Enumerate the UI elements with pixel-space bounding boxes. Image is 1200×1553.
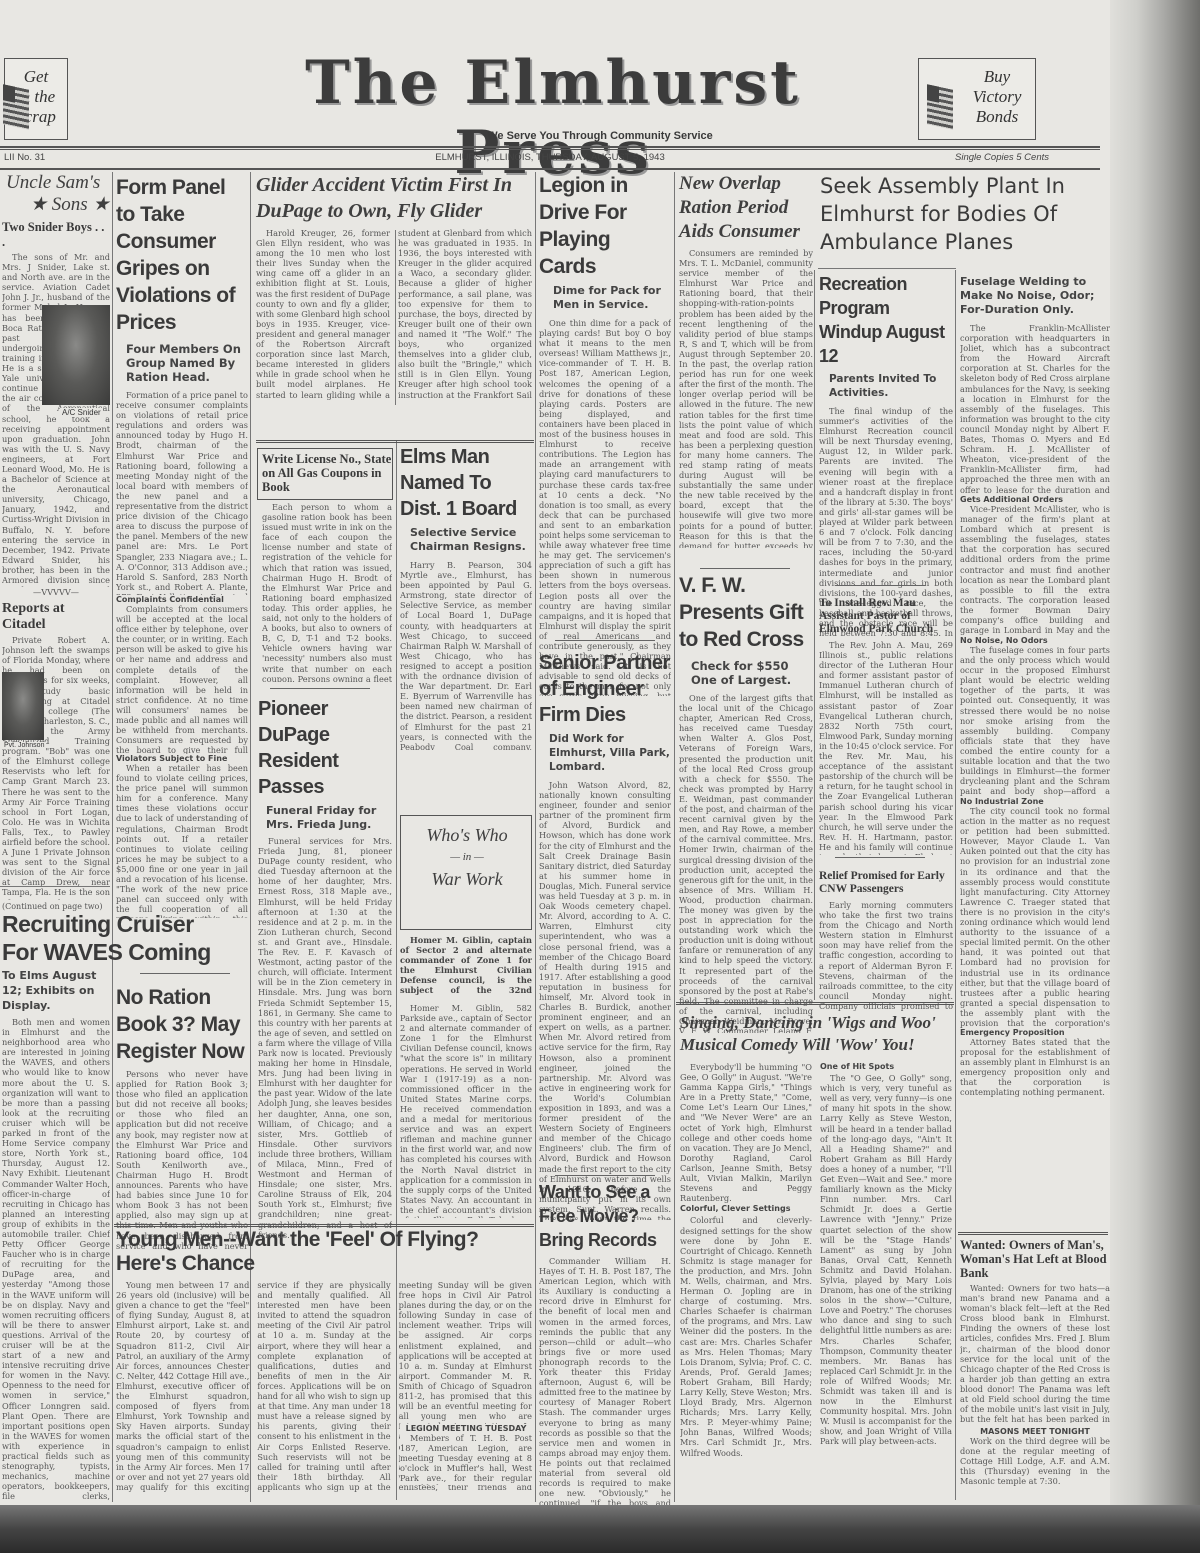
column-rule bbox=[955, 270, 956, 1500]
star-icon: ★ bbox=[88, 194, 110, 215]
article-form-panel: Form Panel to Take Consumer Gripes on Vi… bbox=[116, 174, 248, 918]
right-ear-box: Buy Victory Bonds bbox=[918, 58, 1036, 140]
price: Single Copies 5 Cents bbox=[955, 152, 1049, 163]
divider bbox=[140, 973, 230, 974]
article-overlap: New Overlap Ration Period Aids Consumer … bbox=[679, 172, 813, 548]
article-body: The city council took no formal action i… bbox=[960, 806, 1110, 1028]
sub-heading: Gets Additional Orders bbox=[960, 495, 1110, 504]
right-ear-line: Buy bbox=[959, 67, 1035, 87]
sub-heading: No Industrial Zone bbox=[960, 797, 1110, 806]
article-senior-partner: Senior Partner of Engineer Firm Dies Did… bbox=[539, 650, 671, 1220]
headline: To Install Rev. Mau Assistant Pastor of … bbox=[819, 597, 953, 636]
article-body: Attorney Bates stated that the proposal … bbox=[960, 1037, 1110, 1097]
headline: Two Snider Boys . . . bbox=[2, 220, 110, 250]
headline: Pioneer DuPage Resident Passes bbox=[258, 696, 392, 800]
article-body: The fuselage comes in four parts and the… bbox=[960, 645, 1110, 797]
article-body: One of the largest gifts that the local … bbox=[679, 693, 813, 1033]
sub-heading: Emergency Proposition bbox=[960, 1028, 1110, 1037]
feature-header: Uncle Sam's bbox=[2, 172, 110, 194]
article-recruiting-cruiser: Recruiting Cruiser For WAVES Coming To E… bbox=[2, 910, 110, 1502]
right-ear-line: Bonds bbox=[959, 107, 1035, 127]
headline: Relief Promised for Early CNW Passengers bbox=[819, 870, 953, 896]
flag-icon bbox=[927, 84, 953, 130]
article-body: Both men and women in Elmhurst and the n… bbox=[2, 1017, 110, 1502]
star-icon: ★ bbox=[30, 194, 52, 215]
deck: Fuselage Welding to Make No Noise, Odor;… bbox=[960, 275, 1110, 317]
right-ear-line: Victory bbox=[959, 87, 1035, 107]
page-bottom-shadow bbox=[0, 1505, 1200, 1553]
headline: New Overlap Ration Period Aids Consumer bbox=[679, 172, 813, 244]
deck: Check for $550 One of Largest. bbox=[679, 659, 813, 687]
article-body: The sons of Mr. and Mrs. J Snider, Lake … bbox=[2, 252, 110, 587]
paragraph: The "O Gee, O Golly" song, which is very… bbox=[820, 1073, 952, 1446]
article-wigs-and-woo: Singing, Dancing in 'Wigs and Woo' Music… bbox=[680, 1012, 952, 1512]
article-body: Homer M. Giblin, 582 Parkside ave., capt… bbox=[400, 1003, 532, 1218]
column-rule bbox=[535, 172, 536, 1502]
paragraph: Everybody'll be humming "O Gee, O Golly"… bbox=[680, 1062, 812, 1203]
headline: Legion in Drive For Playing Cards bbox=[539, 172, 671, 280]
article-body: Vice-President McAllister, who is manage… bbox=[960, 504, 1110, 636]
article-body: Harry B. Pearson, 304 Myrtle ave., Elmhu… bbox=[400, 560, 532, 750]
deck: Parents Invited To Activities. bbox=[819, 372, 953, 400]
feature-header: — in — bbox=[404, 848, 530, 866]
headline: Wanted: Owners of Man's, Woman's Hat Lef… bbox=[960, 1238, 1110, 1280]
deck: Did Work for Elmhurst, Villa Park, Lomba… bbox=[539, 732, 671, 774]
headline: Want to See a Free Movie? Bring Records bbox=[539, 1180, 671, 1252]
article-free-movie: Want to See a Free Movie? Bring Records … bbox=[539, 1180, 671, 1521]
article-whos-who-body: Homer M. Giblin, captain of Sector 2 and… bbox=[400, 935, 532, 1218]
dateline: ELMHURST, ILLINOIS, THURSDAY, AUGUST 5, … bbox=[410, 152, 690, 163]
article-glider: Glider Accident Victim First In DuPage t… bbox=[256, 172, 532, 404]
sub-heading: MASONS MEET TONIGHT bbox=[960, 1427, 1110, 1436]
article-body: Everybody'll be humming "O Gee, O Golly"… bbox=[680, 1062, 952, 1512]
article-body: Early morning commuters who take the fir… bbox=[819, 900, 953, 1012]
page-edge-shadow bbox=[1110, 0, 1200, 1553]
column-rule bbox=[674, 172, 675, 1502]
sub-headline: Reports at Citadel bbox=[2, 601, 110, 633]
divider bbox=[700, 568, 790, 569]
article-recreation: Recreation Program Windup August 12 Pare… bbox=[819, 272, 953, 636]
headline: Recreation Program Windup August 12 bbox=[819, 272, 953, 368]
divider bbox=[835, 585, 925, 586]
headline: Recruiting Cruiser bbox=[2, 910, 110, 938]
sub-heading: No Noise, No Odors bbox=[960, 636, 1110, 645]
sub-heading: Colorful, Clever Settings bbox=[680, 1204, 812, 1214]
left-ear-box: Get in the Scrap bbox=[4, 58, 68, 140]
article-body: Formation of a price panel to receive co… bbox=[116, 390, 248, 595]
photo-johnson bbox=[2, 672, 44, 740]
headline: For WAVES Coming bbox=[2, 938, 110, 966]
headline: Glider Accident Victim First In DuPage t… bbox=[256, 172, 532, 224]
divider bbox=[270, 688, 370, 689]
article-ambulance-body: Fuselage Welding to Make No Noise, Odor;… bbox=[960, 275, 1110, 1097]
column-rule bbox=[112, 172, 113, 1502]
deck: Dime for Pack for Men in Service. bbox=[539, 284, 671, 312]
article-ration-book: No Ration Book 3? May Register Now Perso… bbox=[116, 984, 248, 1249]
headline: Seek Assembly Plant In Elmhurst for Bodi… bbox=[820, 172, 1110, 256]
left-ear-line: Get bbox=[5, 67, 67, 87]
divider bbox=[676, 1002, 954, 1005]
divider bbox=[256, 440, 534, 443]
headline: Elms Man Named To Dist. 1 Board bbox=[400, 444, 532, 522]
article-license: Write License No., State on All Gas Coup… bbox=[262, 452, 392, 682]
article-legion-cards: Legion in Drive For Playing Cards Dime f… bbox=[539, 172, 671, 696]
article-whos-who: Who's Who — in — War Work bbox=[404, 822, 530, 892]
article-legion-meeting-box: LEGION MEETING TUESDAY Members of T. H. … bbox=[400, 1424, 532, 1485]
article-cnw: Relief Promised for Early CNW Passengers… bbox=[819, 870, 953, 1012]
article-body: Members of T. H. B. Post 187, American L… bbox=[400, 1433, 532, 1485]
article-rev-mau: To Install Rev. Mau Assistant Pastor of … bbox=[819, 597, 953, 855]
article-body: Consumers are reminded by Mrs. T. L. McD… bbox=[679, 248, 813, 548]
article-body: Work on the third degree will be done at… bbox=[960, 1436, 1110, 1486]
divider bbox=[835, 857, 925, 858]
feature-header: ★ Sons ★ bbox=[2, 194, 110, 216]
article-elms-man: Elms Man Named To Dist. 1 Board Selectiv… bbox=[400, 444, 532, 750]
dateline-bar: LII No. 31 ELMHURST, ILLINOIS, THURSDAY,… bbox=[0, 152, 1100, 168]
column-rule bbox=[814, 270, 815, 1000]
article-intro: Homer M. Giblin, captain of Sector 2 and… bbox=[400, 935, 532, 997]
headline: Write License No., State on All Gas Coup… bbox=[262, 452, 392, 494]
sub-heading: Violators Subject to Fine bbox=[116, 754, 248, 763]
article-uncle-sams-sons: Uncle Sam's ★ Sons ★ Two Snider Boys . .… bbox=[2, 172, 110, 912]
article-pioneer: Pioneer DuPage Resident Passes Funeral F… bbox=[258, 696, 392, 1256]
slogan: We Serve You Through Community Service bbox=[420, 130, 780, 142]
article-body: Complaints from consumers will be accept… bbox=[116, 604, 248, 754]
article-vfw: V. F. W. Presents Gift to Red Cross Chec… bbox=[679, 572, 813, 1033]
article-wanted-hats: Wanted: Owners of Man's, Woman's Hat Lef… bbox=[960, 1238, 1110, 1486]
deck: Funeral Friday for Mrs. Frieda Jung. bbox=[258, 804, 392, 832]
feature-header: Who's Who bbox=[404, 822, 530, 848]
divider bbox=[958, 1232, 1108, 1235]
divider bbox=[555, 1175, 655, 1176]
masthead-rule bbox=[0, 146, 1100, 150]
article-body: Harold Kreuger, 26, former Glen Ellyn re… bbox=[256, 228, 532, 404]
headline: Senior Partner of Engineer Firm Dies bbox=[539, 650, 671, 728]
article-body: When a retailer has been found to violat… bbox=[116, 763, 248, 918]
article-body: Wanted: Owners for two hats—a man's bran… bbox=[960, 1283, 1110, 1423]
deck: Selective Service Chairman Resigns. bbox=[400, 526, 532, 554]
divider bbox=[555, 640, 655, 641]
divider bbox=[818, 268, 956, 269]
photo-snider bbox=[42, 305, 110, 405]
volume-number: LII No. 31 bbox=[4, 152, 45, 163]
headline: V. F. W. Presents Gift to Red Cross bbox=[679, 572, 813, 653]
divider bbox=[0, 886, 110, 887]
article-ambulance-planes: Seek Assembly Plant In Elmhurst for Bodi… bbox=[820, 172, 1110, 256]
headline: Form Panel to Take Consumer Gripes on Vi… bbox=[116, 174, 248, 336]
photo-caption: Pvt. Johnson bbox=[2, 742, 46, 749]
article-body: Persons who never have applied for Ratio… bbox=[116, 1069, 248, 1249]
feature-header: War Work bbox=[404, 866, 530, 892]
photo-caption: A/C Snider bbox=[60, 408, 103, 417]
headline: No Ration Book 3? May Register Now bbox=[116, 984, 248, 1065]
article-body: John Watson Alvord, 82, nationally known… bbox=[539, 780, 671, 1220]
separator: —VVVVV— bbox=[2, 587, 110, 597]
article-body: Each person to whom a gasoline ration bo… bbox=[262, 502, 392, 682]
deck: To Elms August 12; Exhibits on Display. bbox=[2, 968, 110, 1013]
paragraph: Colorful and cleverly-designed settings … bbox=[680, 1215, 812, 1457]
sub-heading: LEGION MEETING TUESDAY bbox=[400, 1424, 532, 1433]
sub-heading: One of Hit Spots bbox=[820, 1062, 952, 1072]
article-body: The Franklin-McAllister corporation with… bbox=[960, 323, 1110, 495]
newspaper-page: Get in the Scrap The Elmhurst Press We S… bbox=[0, 0, 1165, 1510]
article-body: Funeral services for Mrs. Frieda Jung, 8… bbox=[258, 836, 392, 1256]
headline: Singing, Dancing in 'Wigs and Woo' Music… bbox=[680, 1012, 952, 1056]
deck: Four Members On Group Named By Ration He… bbox=[116, 342, 248, 384]
article-body: Commander William H. Hayes of T. H. B. P… bbox=[539, 1256, 671, 1521]
sub-heading: Complaints Confidential bbox=[116, 595, 248, 604]
masthead: Get in the Scrap The Elmhurst Press We S… bbox=[0, 40, 1120, 152]
article-body: The Rev. John A. Mau, 269 Illinois st., … bbox=[819, 640, 953, 855]
header-rule bbox=[0, 168, 1100, 170]
flag-icon bbox=[3, 84, 29, 130]
